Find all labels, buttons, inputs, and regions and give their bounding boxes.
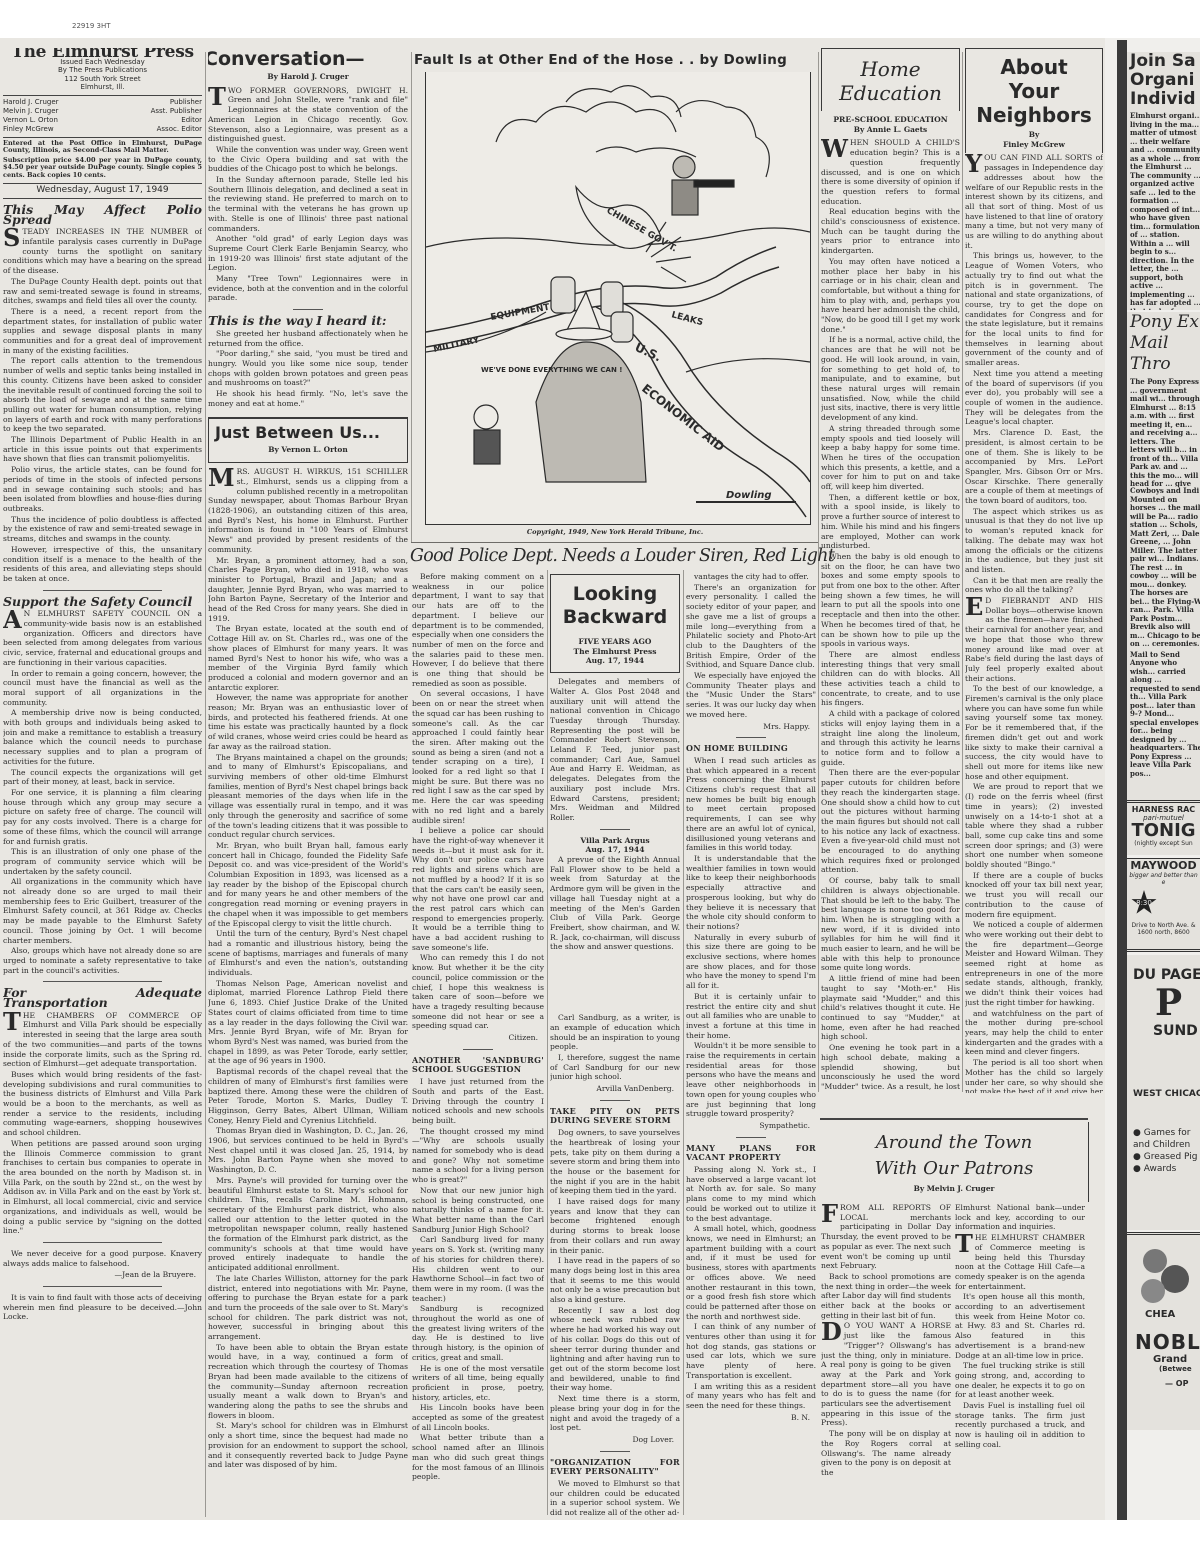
editorial-paragraph: Thus the incidence of polio doubtless is… bbox=[3, 515, 202, 544]
ad-text: bigger and better than e bbox=[1127, 872, 1200, 886]
article-paragraph: A little friend of mine had been taught … bbox=[821, 974, 960, 1042]
article-paragraph: St. Mary's school for children was in El… bbox=[208, 1421, 408, 1470]
drop-cap: T bbox=[955, 1234, 973, 1254]
editorial-paragraph: The report calls attention to the tremen… bbox=[3, 356, 202, 434]
letter-paragraph: Carl Sandburg lived for many years on S.… bbox=[412, 1235, 544, 1303]
adjacent-text: Mounted on horses ... the mail will be P… bbox=[1130, 496, 1200, 649]
article-paragraph: "Poor darling," she said, "you must be t… bbox=[208, 349, 408, 388]
adjacent-headline: Join Sa Organi Individ bbox=[1130, 52, 1200, 109]
article-paragraph: Baptismal records of the chapel reveal t… bbox=[208, 1067, 408, 1125]
letter-paragraph: I believe a police car should have the r… bbox=[412, 826, 544, 952]
publisher-line: By The Press Publications bbox=[3, 66, 202, 75]
looking-backward-box: Looking Backward FIVE YEARS AGO The Elmh… bbox=[550, 574, 680, 673]
column-rule bbox=[683, 570, 684, 1515]
editorial-paragraph: When petitions are passed around soon ur… bbox=[3, 1139, 202, 1236]
speech-bubble: WE'VE DONE EVERYTHING WE CAN ! bbox=[481, 366, 622, 374]
home-education-column: Home Education PRE-SCHOOL EDUCATION By A… bbox=[821, 48, 960, 1093]
letters-column-2: Looking Backward FIVE YEARS AGO The Elmh… bbox=[550, 574, 680, 1519]
label-military: MILITARY bbox=[433, 335, 481, 355]
letter-paragraph: We especially have enjoyed the Community… bbox=[686, 671, 816, 720]
article-paragraph: Can it be that men are really the ones w… bbox=[965, 576, 1103, 595]
article-paragraph: In the Sunday afternoon parade, Stelle l… bbox=[208, 175, 408, 233]
drop-cap: M bbox=[208, 468, 235, 488]
ad-text: TONIG bbox=[1127, 822, 1200, 840]
letter-signature: Arvilla VanDenberg. bbox=[550, 1084, 674, 1094]
article-paragraph: Thomas Nelson Page, American novelist an… bbox=[208, 979, 408, 1066]
looking-backward-heading: Looking bbox=[553, 583, 677, 605]
article-paragraph: Then, a different kettle or box, with a … bbox=[821, 493, 960, 551]
ad-text: DU PAGE bbox=[1133, 967, 1200, 983]
masthead-info: Issued Each Wednesday By The Press Publi… bbox=[3, 58, 202, 92]
label-leaks: LEAKS bbox=[670, 310, 704, 328]
cartoonist-signature: Dowling bbox=[726, 490, 772, 501]
letter-signature: Mrs. Happy. bbox=[686, 722, 810, 732]
article-paragraph: The aspect which strikes us as unusual i… bbox=[965, 507, 1103, 575]
editorial-paragraph: For one service, it is planning a film c… bbox=[3, 788, 202, 846]
letter-paragraph: When I read such articles as that which … bbox=[686, 756, 816, 853]
editorial-column: The Elmhurst Press Issued Each Wednesday… bbox=[3, 48, 202, 1518]
article-paragraph: There are almost endless interesting thi… bbox=[821, 650, 960, 708]
fruit-icon bbox=[1135, 1239, 1195, 1309]
about-neighbors-column: About Your Neighbors By Finley McGrew YO… bbox=[965, 48, 1103, 1093]
article-paragraph: The Bryans maintained a chapel on the gr… bbox=[208, 753, 408, 840]
letter-signature: Dog Lover. bbox=[550, 1435, 674, 1445]
column-rule bbox=[411, 52, 412, 542]
letter-paragraph: I can think of any number of ventures ot… bbox=[686, 1322, 816, 1380]
ad-text: Grand bbox=[1153, 1354, 1200, 1365]
staff-row: Melvin J. CrugerAsst. Publisher bbox=[3, 107, 202, 116]
article-paragraph: One evening he took part in a high schoo… bbox=[821, 1043, 960, 1093]
section-label: FIVE YEARS AGO bbox=[553, 637, 677, 647]
ad-text: SUND bbox=[1153, 1023, 1200, 1039]
divider bbox=[293, 309, 323, 310]
ad-text: Drive to North Ave. & 1600 north, 8600 bbox=[1127, 922, 1200, 936]
article-paragraph: WHEN SHOULD A CHILD'S education begin? T… bbox=[821, 138, 960, 206]
ad-text: NOBLE bbox=[1135, 1330, 1200, 1354]
editorial-paragraph: The Illinois Department of Public Health… bbox=[3, 435, 202, 464]
divider bbox=[411, 542, 818, 543]
article-paragraph: We noticed a couple of aldermen who were… bbox=[965, 920, 1103, 1007]
editorial-paragraph: AN ELMHURST SAFETY COUNCIL ON a communit… bbox=[3, 609, 202, 667]
divider bbox=[736, 1137, 766, 1138]
label-us: U.S. bbox=[633, 340, 664, 364]
history-paragraph: A prevue of the Eighth Annual Fall Flowe… bbox=[550, 855, 680, 952]
adjacent-text: Elmhurst organi... living in the ma... m… bbox=[1130, 112, 1200, 310]
about-neighbors-heading: About bbox=[968, 55, 1100, 79]
home-education-heading: Home bbox=[824, 57, 957, 81]
city-line: Elmhurst, Ill. bbox=[3, 83, 202, 92]
letter-paragraph: The thought crossed my mind—"Why are sch… bbox=[412, 1127, 544, 1185]
editorial-heading: Support the Safety Council bbox=[3, 597, 202, 607]
about-neighbors-heading: Your bbox=[968, 79, 1100, 103]
ad-text: CHEA bbox=[1145, 1309, 1200, 1320]
byline: By Vernon L. Orton bbox=[211, 445, 405, 455]
divider bbox=[43, 981, 162, 982]
divider bbox=[820, 1118, 1088, 1120]
adjacent-text: Anyone who wish... carried along ... req… bbox=[1130, 659, 1200, 778]
ad-text: WEST CHICAG bbox=[1133, 1089, 1200, 1099]
column-rule bbox=[962, 52, 963, 1092]
label-economic-aid: ECONOMIC AID bbox=[639, 381, 727, 454]
editorial-paragraph: THE CHAMBERS OF COMMERCE OF Elmhurst and… bbox=[3, 1011, 202, 1069]
dupage-ad: DU PAGE P SUND WEST CHICAG ● Games for a… bbox=[1127, 955, 1200, 1230]
article-paragraph: The late Charles Williston, attorney for… bbox=[208, 1274, 408, 1342]
article-paragraph: MRS. AUGUST H. WIRKUS, 151 SCHILLER st.,… bbox=[208, 467, 408, 554]
letter-paragraph: Passing along N. York st., I have observ… bbox=[686, 1165, 816, 1223]
article-paragraph: TWO FORMER GOVERNORS, DWIGHT H. Green an… bbox=[208, 86, 408, 144]
conversation-column: Conversation— By Harold J. Cruger TWO FO… bbox=[208, 48, 408, 1518]
letter-heading: "ORGANIZATION FOR EVERY PERSONALITY" bbox=[550, 1458, 680, 1477]
article-paragraph: The period is all too short when Mother … bbox=[965, 1058, 1103, 1093]
letter-paragraph: Carl Sandburg, as a writer, is an exampl… bbox=[550, 1013, 680, 1052]
letter-paragraph: Now that our new junior high school is b… bbox=[412, 1186, 544, 1235]
letter-paragraph: I have just returned from the South and … bbox=[412, 1077, 544, 1126]
editorial-paragraph: The council expects the organizations wi… bbox=[3, 768, 202, 787]
home-education-header-box: Home Education bbox=[821, 48, 960, 111]
article-paragraph: You may often have noticed a mother plac… bbox=[821, 257, 960, 335]
cartoon-illustration: CHINESE GOV'T. MILITARY EQUIPMENT LEAKS … bbox=[426, 72, 810, 524]
editorial-paragraph: The DuPage County Health dept. points ou… bbox=[3, 277, 202, 306]
letters-column-1: Before making comment on a weakness in o… bbox=[412, 572, 544, 1517]
divider bbox=[43, 1286, 162, 1287]
source-label: The Elmhurst Press bbox=[553, 647, 677, 657]
article-paragraph: The pony will be on display at the Roy R… bbox=[821, 1429, 951, 1478]
staff-row: Finley McGrewAssoc. Editor bbox=[3, 125, 202, 134]
about-neighbors-heading: Neighbors bbox=[968, 103, 1100, 127]
letter-paragraph: I am writing this as a resident of many … bbox=[686, 1382, 816, 1411]
article-paragraph: Next time you attend a meeting of the bo… bbox=[965, 369, 1103, 427]
quote: We never deceive for a good purpose. Kna… bbox=[3, 1249, 202, 1268]
column-rule bbox=[205, 52, 206, 1517]
letter-heading: ANOTHER 'SANDBURG' SCHOOL SUGGESTION bbox=[412, 1056, 544, 1075]
article-paragraph: A string threaded through some empty spo… bbox=[821, 424, 960, 492]
divider bbox=[600, 1451, 630, 1452]
history-paragraph: Delegates and members of Walter A. Glos … bbox=[550, 677, 680, 823]
divider bbox=[43, 1242, 162, 1243]
address-line: 112 South York Street bbox=[3, 75, 202, 84]
ad-text: (nightly except Sun bbox=[1127, 840, 1200, 847]
drop-cap: S bbox=[3, 228, 20, 248]
conversation-heading: Conversation— bbox=[208, 48, 408, 70]
page-binding-shadow bbox=[1117, 40, 1127, 1520]
article-paragraph: Davis Fuel is installing fuel oil storag… bbox=[955, 1401, 1085, 1450]
ad-bullet: ● Awards bbox=[1133, 1163, 1200, 1175]
ad-bullet: ● Greased Pig bbox=[1133, 1151, 1200, 1163]
drop-cap: A bbox=[3, 610, 22, 630]
issue-date: Wednesday, August 17, 1949 bbox=[3, 183, 202, 199]
article-paragraph: and watchfulness on the part of the moth… bbox=[965, 1009, 1103, 1058]
editorial-paragraph: This is an illustration of only one phas… bbox=[3, 847, 202, 876]
editorial-paragraph: Buses which would bring residents of the… bbox=[3, 1070, 202, 1138]
article-paragraph: If he is a normal, active child, the cha… bbox=[821, 335, 960, 422]
letter-paragraph: On several occasions, I have been on or … bbox=[412, 689, 544, 825]
letter-heading: TAKE PITY ON PETS DURING SEVERE STORM bbox=[550, 1107, 680, 1126]
article-paragraph: ED FIEBRANDT AND HIS Dollar boys—otherwi… bbox=[965, 596, 1103, 683]
article-paragraph: Real education begins with the child's c… bbox=[821, 207, 960, 256]
cartoon-copyright: Copyright, 1949, New York Herald Tribune… bbox=[410, 528, 820, 536]
editorial-paragraph: A membership drive now is being conducte… bbox=[3, 708, 202, 766]
article-paragraph: THE ELMHURST CHAMBER of Commerce meeting… bbox=[955, 1233, 1085, 1291]
article-paragraph: Mrs. Clarence D. East, the president, is… bbox=[965, 428, 1103, 506]
letter-paragraph: We moved to Elmhurst so that our childre… bbox=[550, 1479, 680, 1518]
ad-text: OP bbox=[1176, 1379, 1189, 1388]
article-paragraph: Another "old grad" of early Legion days … bbox=[208, 234, 408, 273]
ad-text: HARNESS RAC bbox=[1127, 805, 1200, 814]
byline: Finley McGrew bbox=[968, 140, 1100, 150]
column-rule bbox=[818, 52, 819, 1092]
article-paragraph: To the best of our knowledge, a Firemen'… bbox=[965, 684, 1103, 781]
around-town-column-1: FROM ALL REPORTS OF LOCAL merchants part… bbox=[821, 1203, 951, 1518]
article-paragraph: Mrs. Payne's will provided for turning o… bbox=[208, 1176, 408, 1273]
letter-paragraph: Next time there is a storm, please bring… bbox=[550, 1394, 680, 1433]
home-education-heading: Education bbox=[824, 81, 957, 105]
divider bbox=[600, 829, 630, 830]
letter-signature: Citizen. bbox=[412, 1033, 538, 1043]
around-town-heading: With Our Patrons bbox=[820, 1156, 1088, 1182]
article-paragraph: YOU CAN FIND ALL SORTS of passages in In… bbox=[965, 153, 1103, 250]
letter-paragraph: His Lincoln books have been accepted as … bbox=[412, 1403, 544, 1432]
letter-paragraph: I have raised dogs for many years and kn… bbox=[550, 1197, 680, 1255]
ad-text: (Betwee bbox=[1159, 1365, 1200, 1373]
maywood-ad: MAYWOOD bigger and better than e 8:30 Dr… bbox=[1127, 858, 1200, 952]
article-paragraph: Until the turn of the century, Byrd's Ne… bbox=[208, 929, 408, 978]
letter-paragraph: I, therefore, suggest the name of Carl S… bbox=[550, 1053, 680, 1082]
drop-cap: T bbox=[208, 87, 226, 107]
article-paragraph: If there are a couple of bucks knocked o… bbox=[965, 871, 1103, 920]
letter-paragraph: There's an organization for every person… bbox=[686, 583, 816, 670]
editorial-heading: For Adequate Transportation bbox=[3, 988, 202, 1007]
article-paragraph: While the convention was under way, Gree… bbox=[208, 145, 408, 174]
ad-text: P bbox=[1155, 983, 1200, 1023]
editorial-paragraph: Also, groups which have not already done… bbox=[3, 946, 202, 975]
letter-paragraph: He is one of the most versatile writers … bbox=[412, 1364, 544, 1403]
editorial-paragraph: There is a need, a recent report from th… bbox=[3, 307, 202, 356]
staff-list: Harold J. CrugerPublisher Melvin J. Crug… bbox=[3, 98, 202, 134]
scan-top-margin: 22919 3HT bbox=[0, 0, 1200, 38]
byline: By Annie L. Gaets bbox=[821, 125, 960, 135]
staff-row: Vernon L. OrtonEditor bbox=[3, 116, 202, 125]
ad-bullet-list: ● Games for and Children ● Greased Pig ●… bbox=[1133, 1127, 1200, 1175]
editorial-cartoon: CHINESE GOV'T. MILITARY EQUIPMENT LEAKS … bbox=[425, 72, 811, 525]
ad-text: MAYWOOD bbox=[1127, 859, 1200, 872]
article-paragraph: Many "Tree Town" Legionnaires were in ev… bbox=[208, 274, 408, 303]
editorial-heading: This May Affect Polio Spread bbox=[3, 205, 202, 224]
divider bbox=[3, 95, 202, 96]
around-town-heading: Around the Town bbox=[820, 1130, 1088, 1156]
article-paragraph: The fuel trucking strike is still going … bbox=[955, 1361, 1085, 1400]
archive-stamp: 22919 3HT bbox=[72, 22, 111, 30]
letter-paragraph: Naturally in every suburb of this size t… bbox=[686, 933, 816, 991]
cartoon-title: Fault Is at Other End of the Hose . . by… bbox=[414, 52, 819, 68]
article-paragraph: The Bryan estate, located at the south e… bbox=[208, 624, 408, 692]
letter-paragraph: Before making comment on a weakness in o… bbox=[412, 572, 544, 688]
fruit-illustration bbox=[1135, 1239, 1195, 1309]
column-header-box: Just Between Us... By Vernon L. Orton bbox=[208, 417, 408, 464]
editorial-paragraph: However, irrespective of this, the unsan… bbox=[3, 545, 202, 584]
editorial-paragraph: STEADY INCREASES IN THE NUMBER of infant… bbox=[3, 227, 202, 276]
article-paragraph: This brings us, however, to the League o… bbox=[965, 251, 1103, 367]
letter-paragraph: It is understandable that the wealthier … bbox=[686, 854, 816, 932]
drop-cap: Y bbox=[965, 154, 982, 174]
ad-bullet: ● Games for and Children bbox=[1133, 1127, 1200, 1151]
divider bbox=[600, 1100, 630, 1101]
harness-racing-ad: HARNESS RAC pari-mutuel TONIG (nightly e… bbox=[1127, 800, 1200, 855]
byline-by: By bbox=[968, 130, 1100, 140]
article-paragraph: Of course, baby talk to small children i… bbox=[821, 876, 960, 973]
noble-ad: CHEA NOBLE Grand (Betwee — OP bbox=[1127, 1232, 1200, 1430]
article-paragraph: Then there are the ever-popular paper cu… bbox=[821, 768, 960, 875]
divider bbox=[3, 137, 202, 138]
letter-paragraph: Wouldn't it be more sensible to raise th… bbox=[686, 1041, 816, 1119]
adjacent-article-pony-express: Pony Ex Mail Thro The Pony Express ... g… bbox=[1127, 312, 1200, 487]
drop-cap: F bbox=[821, 1204, 838, 1224]
byline: By Melvin J. Cruger bbox=[820, 1184, 1088, 1193]
article-paragraph: Mr. Bryan, a prominent attorney, had a s… bbox=[208, 556, 408, 624]
looking-backward-heading: Backward bbox=[553, 605, 677, 629]
drop-cap: T bbox=[3, 1012, 21, 1032]
letter-paragraph: vantages the city had to offer. bbox=[686, 572, 816, 582]
column-rule bbox=[547, 570, 548, 1515]
postal-notice: Entered at the Post Office in Elmhurst, … bbox=[3, 140, 202, 155]
masthead-title: The Elmhurst Press bbox=[3, 48, 202, 58]
article-paragraph: A child with a package of colored sticks… bbox=[821, 709, 960, 767]
article-paragraph: To have been able to obtain the Bryan es… bbox=[208, 1343, 408, 1421]
adjacent-article-cowboys: Cowboys and Indi Mounted on horses ... t… bbox=[1127, 487, 1200, 822]
letter-paragraph: I have read in the papers of so many dog… bbox=[550, 1256, 680, 1305]
source-date: Aug. 17, 1944 bbox=[553, 656, 677, 666]
article-paragraph: FROM ALL REPORTS OF LOCAL merchants part… bbox=[821, 1203, 951, 1271]
adjacent-text: The Pony Express ... government mail wi.… bbox=[1130, 378, 1200, 487]
article-paragraph: When the baby is old enough to sit on th… bbox=[821, 552, 960, 649]
article-paragraph: She greeted her husband affectionately w… bbox=[208, 329, 408, 348]
letters-column-3: vantages the city had to offer. There's … bbox=[686, 572, 816, 1517]
letter-paragraph: Recently I saw a lost dog whose neck was… bbox=[550, 1306, 680, 1393]
divider bbox=[736, 737, 766, 738]
letter-paragraph: Sandburg is recognized throughout the wo… bbox=[412, 1304, 544, 1362]
article-paragraph: Mr. Bryan, who built Bryan hall, famous … bbox=[208, 841, 408, 928]
subscription-notice: Subscription price $4.00 per year in DuP… bbox=[3, 157, 202, 180]
star-icon: 8:30 bbox=[1131, 890, 1157, 916]
adjacent-article-safety: Join Sa Organi Individ Elmhurst organi..… bbox=[1127, 52, 1200, 310]
quote: It is vain to find fault with those acts… bbox=[3, 1293, 202, 1322]
article-paragraph: It's open house all this month, accordin… bbox=[955, 1292, 1085, 1360]
letter-signature: Sympathetic. bbox=[686, 1121, 810, 1131]
article-paragraph: However, the name was appropriate for an… bbox=[208, 693, 408, 751]
drop-cap: E bbox=[965, 597, 983, 617]
around-town-column-2: Elmhurst National bank—under lock and ke… bbox=[955, 1203, 1085, 1518]
about-neighbors-header-box: About Your Neighbors By Finley McGrew bbox=[965, 48, 1103, 153]
spacer bbox=[550, 953, 680, 1013]
letter-paragraph: What better tribute than a school named … bbox=[412, 1433, 544, 1482]
divider bbox=[463, 1049, 493, 1050]
adjacent-headline: Pony Ex Mail Thro bbox=[1130, 312, 1200, 375]
letter-signature: B. N. bbox=[686, 1413, 810, 1423]
editorial-paragraph: Polio virus, the article states, can be … bbox=[3, 465, 202, 514]
letter-paragraph: Who can remedy this I do not know. But w… bbox=[412, 953, 544, 1031]
letter-paragraph: Dog owners, to save yourselves the heart… bbox=[550, 1128, 680, 1196]
divider bbox=[43, 590, 162, 591]
article-paragraph: DO YOU WANT A HORSE just like the famous… bbox=[821, 1321, 951, 1428]
drop-cap: W bbox=[821, 139, 848, 159]
drop-cap: D bbox=[821, 1322, 842, 1342]
article-paragraph: Elmhurst National bank—under lock and ke… bbox=[955, 1203, 1085, 1232]
source-date: Aug. 17, 1944 bbox=[550, 845, 680, 855]
source-label: Villa Park Argus bbox=[550, 836, 680, 846]
letter-heading: MANY PLANS FOR VACANT PROPERTY bbox=[686, 1144, 816, 1163]
police-headline: Good Police Dept. Needs a Louder Siren, … bbox=[410, 546, 820, 566]
staff-row: Harold J. CrugerPublisher bbox=[3, 98, 202, 107]
article-paragraph: Back to school promotions are the next t… bbox=[821, 1272, 951, 1321]
letter-heading: ON HOME BUILDING bbox=[686, 744, 816, 754]
just-between-us-heading: Just Between Us... bbox=[211, 423, 405, 443]
article-paragraph: He shook his head firmly. "No, let's sav… bbox=[208, 389, 408, 408]
article-paragraph: We are proud to report that we (I) rode … bbox=[965, 782, 1103, 869]
article-paragraph: Thomas Bryan died in Washington, D. C., … bbox=[208, 1126, 408, 1175]
sub-heading: PRE-SCHOOL EDUCATION bbox=[821, 115, 960, 125]
letter-paragraph: A small hotel, which, goodness knows, we… bbox=[686, 1224, 816, 1321]
editorial-paragraph: In order to remain a going concern, howe… bbox=[3, 669, 202, 708]
around-town-header: Around the Town With Our Patrons By Melv… bbox=[820, 1122, 1089, 1202]
editorial-paragraph: All organizations in the community which… bbox=[3, 877, 202, 945]
sub-heading: This is the way I heard it: bbox=[208, 316, 408, 326]
quote-author: —Jean de la Bruyere. bbox=[3, 1270, 196, 1280]
byline: By Harold J. Cruger bbox=[208, 72, 408, 82]
letter-paragraph: But it is certainly unfair to restrict t… bbox=[686, 992, 816, 1041]
